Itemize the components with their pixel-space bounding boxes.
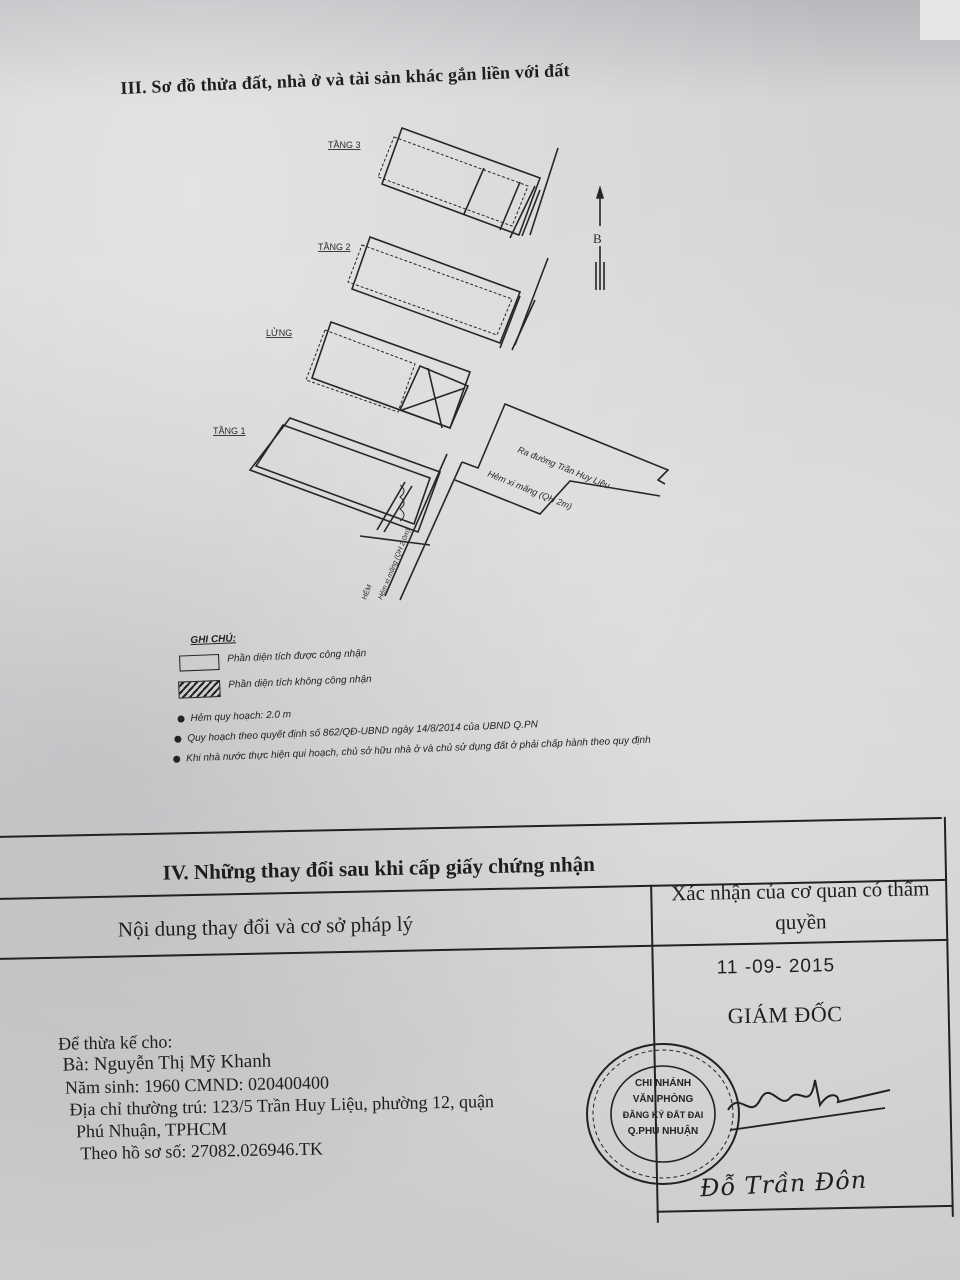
- bullet-icon: [174, 736, 181, 743]
- confirmation-date: 11 -09- 2015: [717, 955, 836, 979]
- legend-item-unrecognized: Phần diện tích không công nhận: [228, 674, 372, 691]
- north-label: B: [593, 231, 602, 246]
- column-header-confirmation: Xác nhận của cơ quan có thẩm quyền: [660, 873, 941, 941]
- hem-label: HẺM: [360, 583, 374, 601]
- legend-item-recognized: Phần diện tích được công nhận: [227, 648, 366, 665]
- official-stamp: CHI NHÁNH VĂN PHÒNG ĐĂNG KÝ ĐẤT ĐAI Q.PH…: [583, 1040, 743, 1188]
- floor-2-label: TẦNG 2: [318, 242, 351, 252]
- recognized-area-swatch: [179, 654, 220, 672]
- signer-position: GIÁM ĐỐC: [728, 1001, 843, 1029]
- legend-note: Hẻm quy hoạch: 2.0 m: [177, 709, 291, 725]
- signature: [720, 1060, 900, 1140]
- alley-label: Hẻm xi măng (QH 2m): [486, 469, 573, 512]
- stamp-line: CHI NHÁNH: [635, 1076, 691, 1089]
- floor-1-label: TẦNG 1: [213, 426, 246, 436]
- stamp-line: VĂN PHÒNG: [633, 1092, 694, 1105]
- floor-plan-diagram: TẦNG 3 TẦNG 2 LỬNG TẦNG 1 B Ra đường Trầ…: [0, 0, 960, 640]
- bullet-icon: [173, 756, 180, 763]
- stamp-line: Q.PHÚ NHUẬN: [628, 1124, 699, 1137]
- bullet-icon: [177, 715, 184, 722]
- changes-table: IV. Những thay đổi sau khi cấp giấy chứn…: [0, 817, 960, 1276]
- legend-title: GHI CHÚ:: [190, 633, 236, 646]
- mezzanine-label: LỬNG: [266, 327, 292, 338]
- floor-2-plan: [348, 237, 548, 350]
- stamp-line: ĐĂNG KÝ ĐẤT ĐAI: [623, 1109, 704, 1120]
- mezzanine-plan: [306, 322, 470, 428]
- legend: GHI CHÚ: Phần diện tích được công nhận P…: [168, 605, 793, 770]
- change-entry: Để thừa kế cho: Bà: Nguyễn Thị Mỹ Khanh …: [58, 1024, 485, 1164]
- ground-floor-plan: [250, 404, 668, 600]
- floor-3-plan: [378, 128, 558, 238]
- road-label: Ra đường Trần Huy Liệu: [516, 445, 611, 491]
- unrecognized-area-swatch: [178, 680, 221, 699]
- floor-3-label: TẦNG 3: [328, 140, 361, 150]
